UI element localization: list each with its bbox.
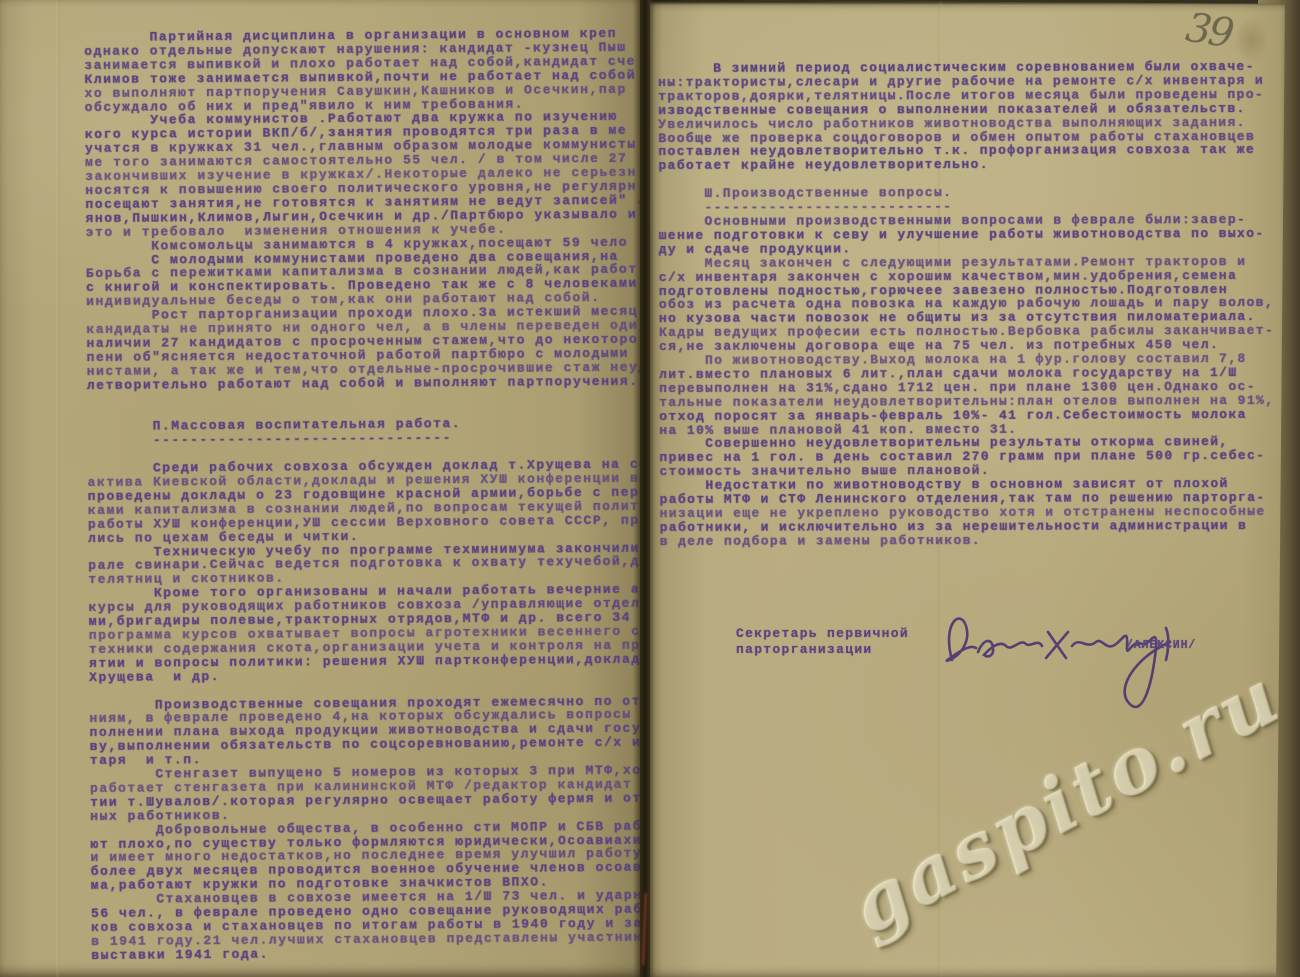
document-scan: Партийная дисциплина в организации в осн… [0, 0, 1300, 977]
paper-stain [1234, 18, 1268, 62]
binding-seam [633, 0, 655, 977]
signature-label: Секретарь первичной парторганизации [736, 626, 909, 657]
signature-typed-name: /АЛЕКСИН/ [1126, 639, 1196, 652]
typed-line: на 10% выше плановой 41 коп. вместо 31. [659, 421, 1285, 437]
typed-line: Вообще же проверка соцдоговоров и обмен … [658, 129, 1285, 145]
page-number: 39 [1183, 5, 1235, 57]
signature-label-line2: парторганизации [736, 642, 873, 657]
typed-line: в деле подбора и замены работников. [660, 533, 1285, 549]
typed-line: тракторов,доярки,телятницы.После итогов … [658, 88, 1285, 104]
signature-label-line1: Секретарь первичной [736, 626, 909, 641]
right-page-text: В зимний период социалистическим соревно… [658, 60, 1285, 549]
typed-line: тальные показатели неудовлетворительны:п… [659, 394, 1285, 410]
typed-line: стоимость значительно выше плановой. [659, 463, 1285, 479]
right-page: 39 В зимний период социалистическим соре… [650, 0, 1285, 977]
typed-line: низации еще не укреплено руководство хот… [660, 505, 1285, 521]
typed-line: Основными производственными вопросами в … [659, 213, 1285, 229]
left-page: Партийная дисциплина в организации в осн… [0, 0, 640, 977]
page-crease [56, 0, 60, 977]
left-page-text: Партийная дисциплина в организации в осн… [84, 25, 640, 963]
typed-line: обоз из расчета одна повозка на каждую р… [659, 296, 1285, 312]
typed-line: с/х инвентаря закончен с хорошим качеств… [659, 268, 1285, 284]
typed-line: шение подготовки к севу и улучшение рабо… [659, 227, 1285, 243]
